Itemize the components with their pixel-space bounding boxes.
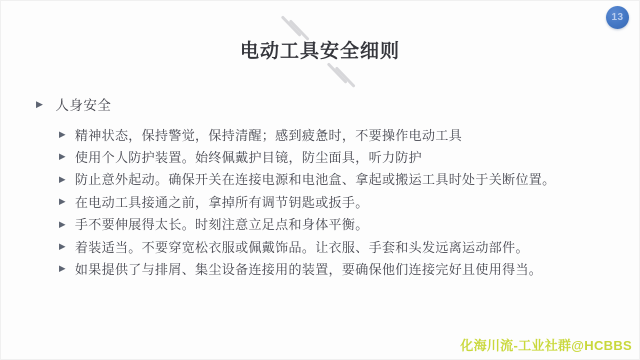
bullet-triangle-icon: ▶ — [59, 130, 66, 139]
list-item-text: 手不要伸展得太长。时刻注意立足点和身体平衡。 — [75, 214, 369, 233]
list-item: ▶ 在电动工具接通之前，拿掉所有调节钥匙或扳手。 — [59, 190, 620, 212]
sub-bullet-list: ▶ 精神状态，保持警觉，保持清醒；感到疲惫时，不要操作电动工具 ▶ 使用个人防护… — [59, 123, 620, 280]
list-item-text: 着装适当。不要穿宽松衣服或佩戴饰品。让衣服、手套和头发远离运动部件。 — [75, 237, 529, 256]
bullet-triangle-icon: ▶ — [59, 242, 66, 251]
list-item: ▶ 使用个人防护装置。始终佩戴护目镜，防尘面具，听力防护 — [59, 145, 620, 167]
bullet-triangle-icon: ▶ — [59, 264, 66, 273]
list-item-text: 如果提供了与排屑、集尘设备连接用的装置，要确保他们连接完好且使用得当。 — [75, 259, 542, 278]
watermark-text: 化海川流-工业社群@HCBBS — [460, 335, 632, 354]
bullet-triangle-icon: ▶ — [59, 220, 66, 229]
list-item-text: 精神状态，保持警觉，保持清醒；感到疲惫时，不要操作电动工具 — [75, 125, 462, 144]
list-item: ▶ 如果提供了与排屑、集尘设备连接用的装置，要确保他们连接完好且使用得当。 — [59, 257, 620, 279]
bullet-triangle-icon: ▶ — [36, 100, 43, 109]
list-item: ▶ 精神状态，保持警觉，保持清醒；感到疲惫时，不要操作电动工具 — [59, 123, 620, 145]
list-item: ▶ 着装适当。不要穿宽松衣服或佩戴饰品。让衣服、手套和头发远离运动部件。 — [59, 235, 620, 257]
bullet-triangle-icon: ▶ — [59, 152, 66, 161]
list-item-text: 在电动工具接通之前，拿掉所有调节钥匙或扳手。 — [75, 192, 369, 211]
list-item: ▶ 防止意外起动。确保开关在连接电源和电池盒、拿起或搬运工具时处于关断位置。 — [59, 168, 620, 190]
list-item: ▶ 手不要伸展得太长。时刻注意立足点和身体平衡。 — [59, 213, 620, 235]
bullet-triangle-icon: ▶ — [59, 175, 66, 184]
slide-title: 电动工具安全细则 — [0, 36, 640, 63]
page-number: 13 — [611, 12, 623, 23]
bullet-triangle-icon: ▶ — [59, 197, 66, 206]
bullet-list: ▶ 人身安全 ▶ 精神状态，保持警觉，保持清醒；感到疲惫时，不要操作电动工具 ▶… — [36, 94, 620, 280]
list-item-text: 使用个人防护装置。始终佩戴护目镜，防尘面具，听力防护 — [75, 147, 422, 166]
presentation-slide: 13 电动工具安全细则 ▶ 人身安全 ▶ 精神状态，保持警觉，保持清醒；感到疲惫… — [0, 0, 640, 360]
list-item-level1: ▶ 人身安全 — [36, 94, 620, 114]
list-item-level1-label: 人身安全 — [55, 94, 111, 114]
page-number-badge: 13 — [606, 6, 629, 29]
list-item-text: 防止意外起动。确保开关在连接电源和电池盒、拿起或搬运工具时处于关断位置。 — [75, 169, 556, 188]
